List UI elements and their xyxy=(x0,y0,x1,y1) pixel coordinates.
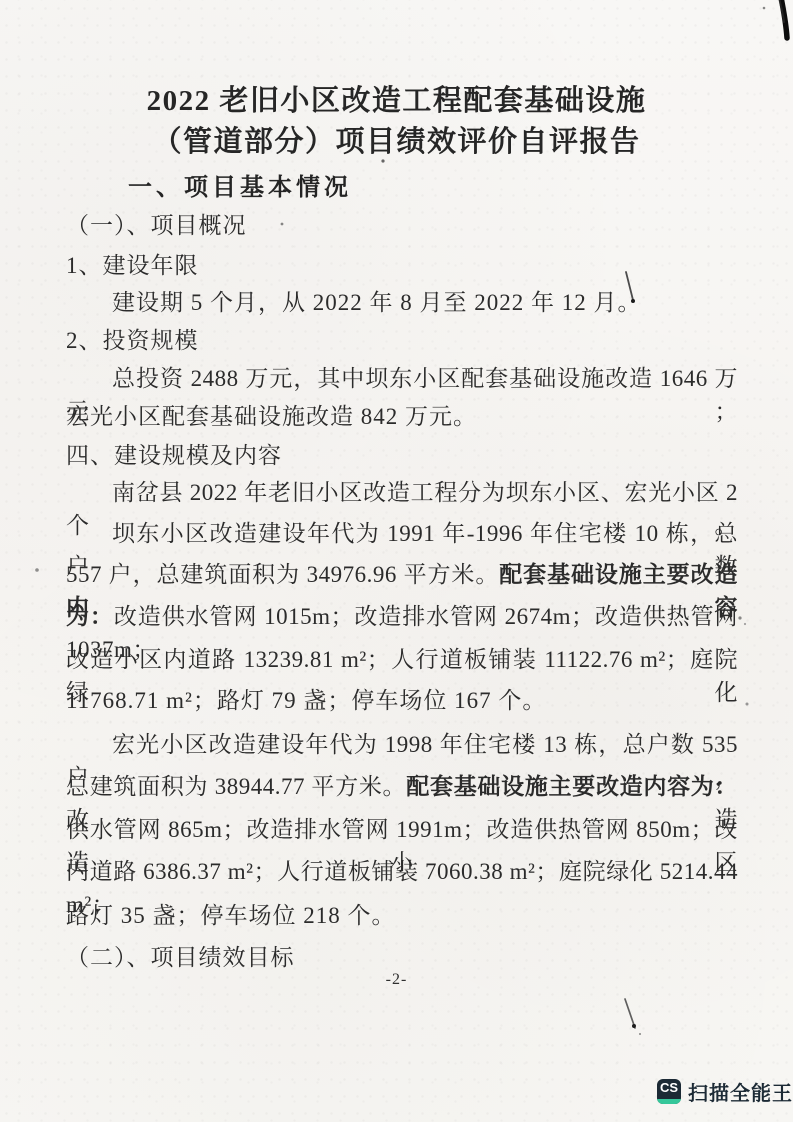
item2-heading: 2、投资规模 xyxy=(66,322,738,355)
pen-mark-lower-speck xyxy=(639,1033,641,1035)
scan-edge-streak xyxy=(781,0,787,38)
pen-mark-lower-dot xyxy=(632,1024,636,1028)
speck-right-2 xyxy=(744,623,746,625)
speck-right-1 xyxy=(738,616,741,619)
report-title-line-1: 2022 老旧小区改造工程配套基础设施 xyxy=(0,78,793,119)
badong-line-5: 11768.71 m²；路灯 79 盏；停车场位 167 个。 xyxy=(66,682,738,715)
section-heading-1: 一、项目基本情况 xyxy=(128,167,738,202)
camscanner-label: 扫描全能王 xyxy=(688,1077,793,1106)
pen-mark-lower xyxy=(625,999,635,1028)
subsection-heading-2: （二）、项目绩效目标 xyxy=(66,939,738,972)
hongguang-line-2-regular: 总建筑面积为 38944.77 平方米。 xyxy=(66,774,406,799)
item4-heading: 四、建设规模及内容 xyxy=(66,437,738,470)
item2-line-2: 宏光小区配套基础设施改造 842 万元。 xyxy=(66,398,738,431)
speck-left xyxy=(35,568,39,572)
camscanner-badge-accent-bar xyxy=(657,1099,681,1104)
badong-line-2-regular: 557 户，总建筑面积为 34976.96 平方米。 xyxy=(66,562,499,587)
hongguang-line-5: 路灯 35 盏；停车场位 218 个。 xyxy=(66,897,738,930)
camscanner-badge-text: CS xyxy=(657,1080,681,1095)
scan-edge-streak-fade xyxy=(779,0,784,22)
hongguang-line-2-bold: 配套基础设施主要改造内容为： xyxy=(406,774,738,799)
camscanner-watermark: CS 扫描全能王 xyxy=(657,1078,793,1104)
item1-heading: 1、建设年限 xyxy=(66,247,738,280)
speck-right-3 xyxy=(746,703,749,706)
report-title-line-2: （管道部分）项目绩效评价自评报告 xyxy=(0,119,793,160)
speck-top-right xyxy=(763,7,766,10)
badong-line-3-bold: 为： xyxy=(66,604,114,629)
item1-text: 建设期 5 个月，从 2022 年 8 月至 2022 年 12 月。 xyxy=(66,284,738,317)
page-number: -2- xyxy=(0,971,793,989)
camscanner-logo-icon: CS xyxy=(657,1079,681,1104)
subsection-heading-1: （一）、项目概况 xyxy=(66,207,738,240)
scanned-page: 2022 老旧小区改造工程配套基础设施 （管道部分）项目绩效评价自评报告 一、项… xyxy=(0,0,793,1122)
